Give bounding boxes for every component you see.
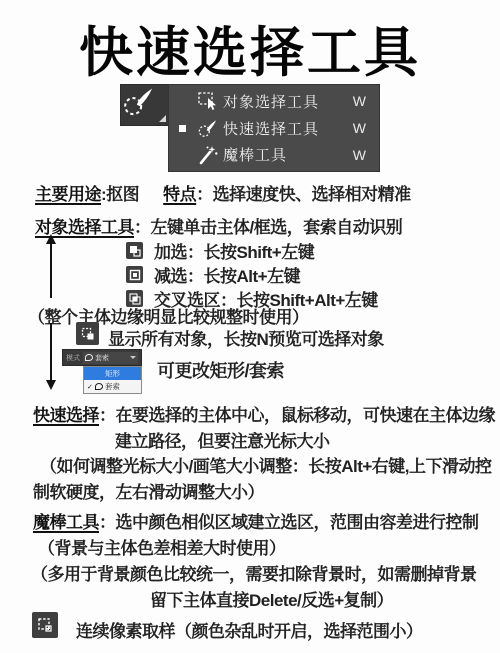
contiguous-text: 连续像素取样（颜色杂乱时开启，选择范围小） xyxy=(76,617,423,642)
show-all-objects-icon xyxy=(76,322,99,345)
quick-select-line2: 建立路径，但要注意光标大小 xyxy=(115,427,330,452)
menu-item-quick-selection[interactable]: 快速选择工具 W xyxy=(169,115,379,142)
quick-selection-tool-icon xyxy=(193,118,223,138)
mode-label: 加选：长按Shift+左键 xyxy=(154,238,314,263)
chevron-down-icon xyxy=(130,356,136,359)
wand-note2-line1: （多用于背景颜色比较统一，需要扣除背景时，如需删掉背景 xyxy=(31,560,477,585)
magic-wand-line: 魔棒工具：选中颜色相似区域建立选区，范围由容差进行控制 xyxy=(33,508,479,533)
usage-value: :抠图 xyxy=(101,185,139,204)
mode-option-lasso[interactable]: ✓ 套索 xyxy=(84,380,141,393)
cursor-tip-line1: （如何调整光标大小/画笔大小调整：长按Alt+右键,上下滑动控 xyxy=(40,452,492,477)
magic-wand-desc: ：选中颜色相似区域建立选区，范围由容差进行控制 xyxy=(99,513,479,532)
object-tool-line: 对象选择工具：左键单击主体/框选，套索自动识别 xyxy=(35,213,402,238)
magic-wand-term: 魔棒工具 xyxy=(33,513,99,532)
options-bar: 模式 套索 xyxy=(62,349,142,366)
usage-term: 主要用途 xyxy=(35,185,101,204)
quick-select-line1: 快速选择：在要选择的主体中心，鼠标移动，可快速在主体边缘 xyxy=(33,401,495,426)
menu-item-object-selection[interactable]: 对象选择工具 W xyxy=(169,88,379,115)
wand-note1: （背景与主体色差相差大时使用） xyxy=(38,534,286,559)
menu-item-label: 快速选择工具 xyxy=(223,118,319,139)
down-arrow xyxy=(50,323,52,381)
flyout-corner-triangle xyxy=(159,115,166,122)
menu-item-label: 魔棒工具 xyxy=(223,144,287,165)
wand-note2-line2: 留下主体直接Delete/反选+复制） xyxy=(150,586,393,611)
menu-item-shortcut: W xyxy=(353,147,367,163)
lasso-icon xyxy=(95,383,103,390)
mode-option-rectangle[interactable]: 矩形 xyxy=(84,367,141,380)
add-selection-icon xyxy=(126,242,143,259)
quick-select-term: 快速选择 xyxy=(33,406,99,425)
cursor-tip-line2: 制软硬度，左右滑动调整大小） xyxy=(33,478,264,503)
mode-label: 模式 xyxy=(66,353,80,363)
usage-line: 主要用途:抠图特点：选择速度快、选择相对精准 xyxy=(35,180,411,205)
tool-flyout-menu: 对象选择工具 W 快速选择工具 W xyxy=(168,84,380,172)
magic-wand-tool-icon xyxy=(193,145,223,165)
object-selection-tool-icon xyxy=(193,91,223,111)
mode-select[interactable]: 套索 xyxy=(83,352,138,364)
quick-select-desc1: ：在要选择的主体中心，鼠标移动，可快速在主体边缘 xyxy=(99,406,495,425)
active-indicator xyxy=(179,125,193,132)
contiguous-sampling-icon xyxy=(32,612,58,638)
up-arrow xyxy=(50,243,52,298)
show-all-text: 显示所有对象，长按N预览可选择对象 xyxy=(108,325,384,350)
option-label: 套索 xyxy=(105,381,120,392)
mode-dropdown-panel: 矩形 ✓ 套索 xyxy=(83,366,142,394)
feature-desc: ：选择速度快、选择相对精准 xyxy=(196,185,411,204)
menu-item-shortcut: W xyxy=(353,120,367,136)
mode-dropdown-screenshot: 模式 套索 矩形 ✓ 套索 xyxy=(62,349,144,397)
quick-selection-brush-icon xyxy=(121,85,157,117)
lasso-icon xyxy=(85,354,93,361)
option-label: 矩形 xyxy=(105,368,120,379)
mode-row-add: 加选：长按Shift+左键 xyxy=(126,238,314,263)
page-title: 快速选择工具 xyxy=(0,10,500,87)
dropdown-caption: 可更改矩形/套索 xyxy=(157,357,284,383)
check-icon: ✓ xyxy=(87,383,93,391)
mode-label: 减选：长按Alt+左键 xyxy=(154,262,300,287)
tutorial-page: 快速选择工具 对象选择工具 W xyxy=(0,0,500,653)
mode-selected-value: 套索 xyxy=(95,353,109,363)
menu-item-label: 对象选择工具 xyxy=(223,91,319,112)
mode-row-subtract: 减选：长按Alt+左键 xyxy=(126,262,300,287)
menu-item-shortcut: W xyxy=(353,93,367,109)
subtract-selection-icon xyxy=(126,266,143,283)
feature-term: 特点 xyxy=(163,185,196,204)
object-tool-desc: ：左键单击主体/框选，套索自动识别 xyxy=(134,218,402,237)
menu-item-magic-wand[interactable]: 魔棒工具 W xyxy=(169,141,379,168)
quick-selection-tool-button[interactable] xyxy=(120,84,170,126)
